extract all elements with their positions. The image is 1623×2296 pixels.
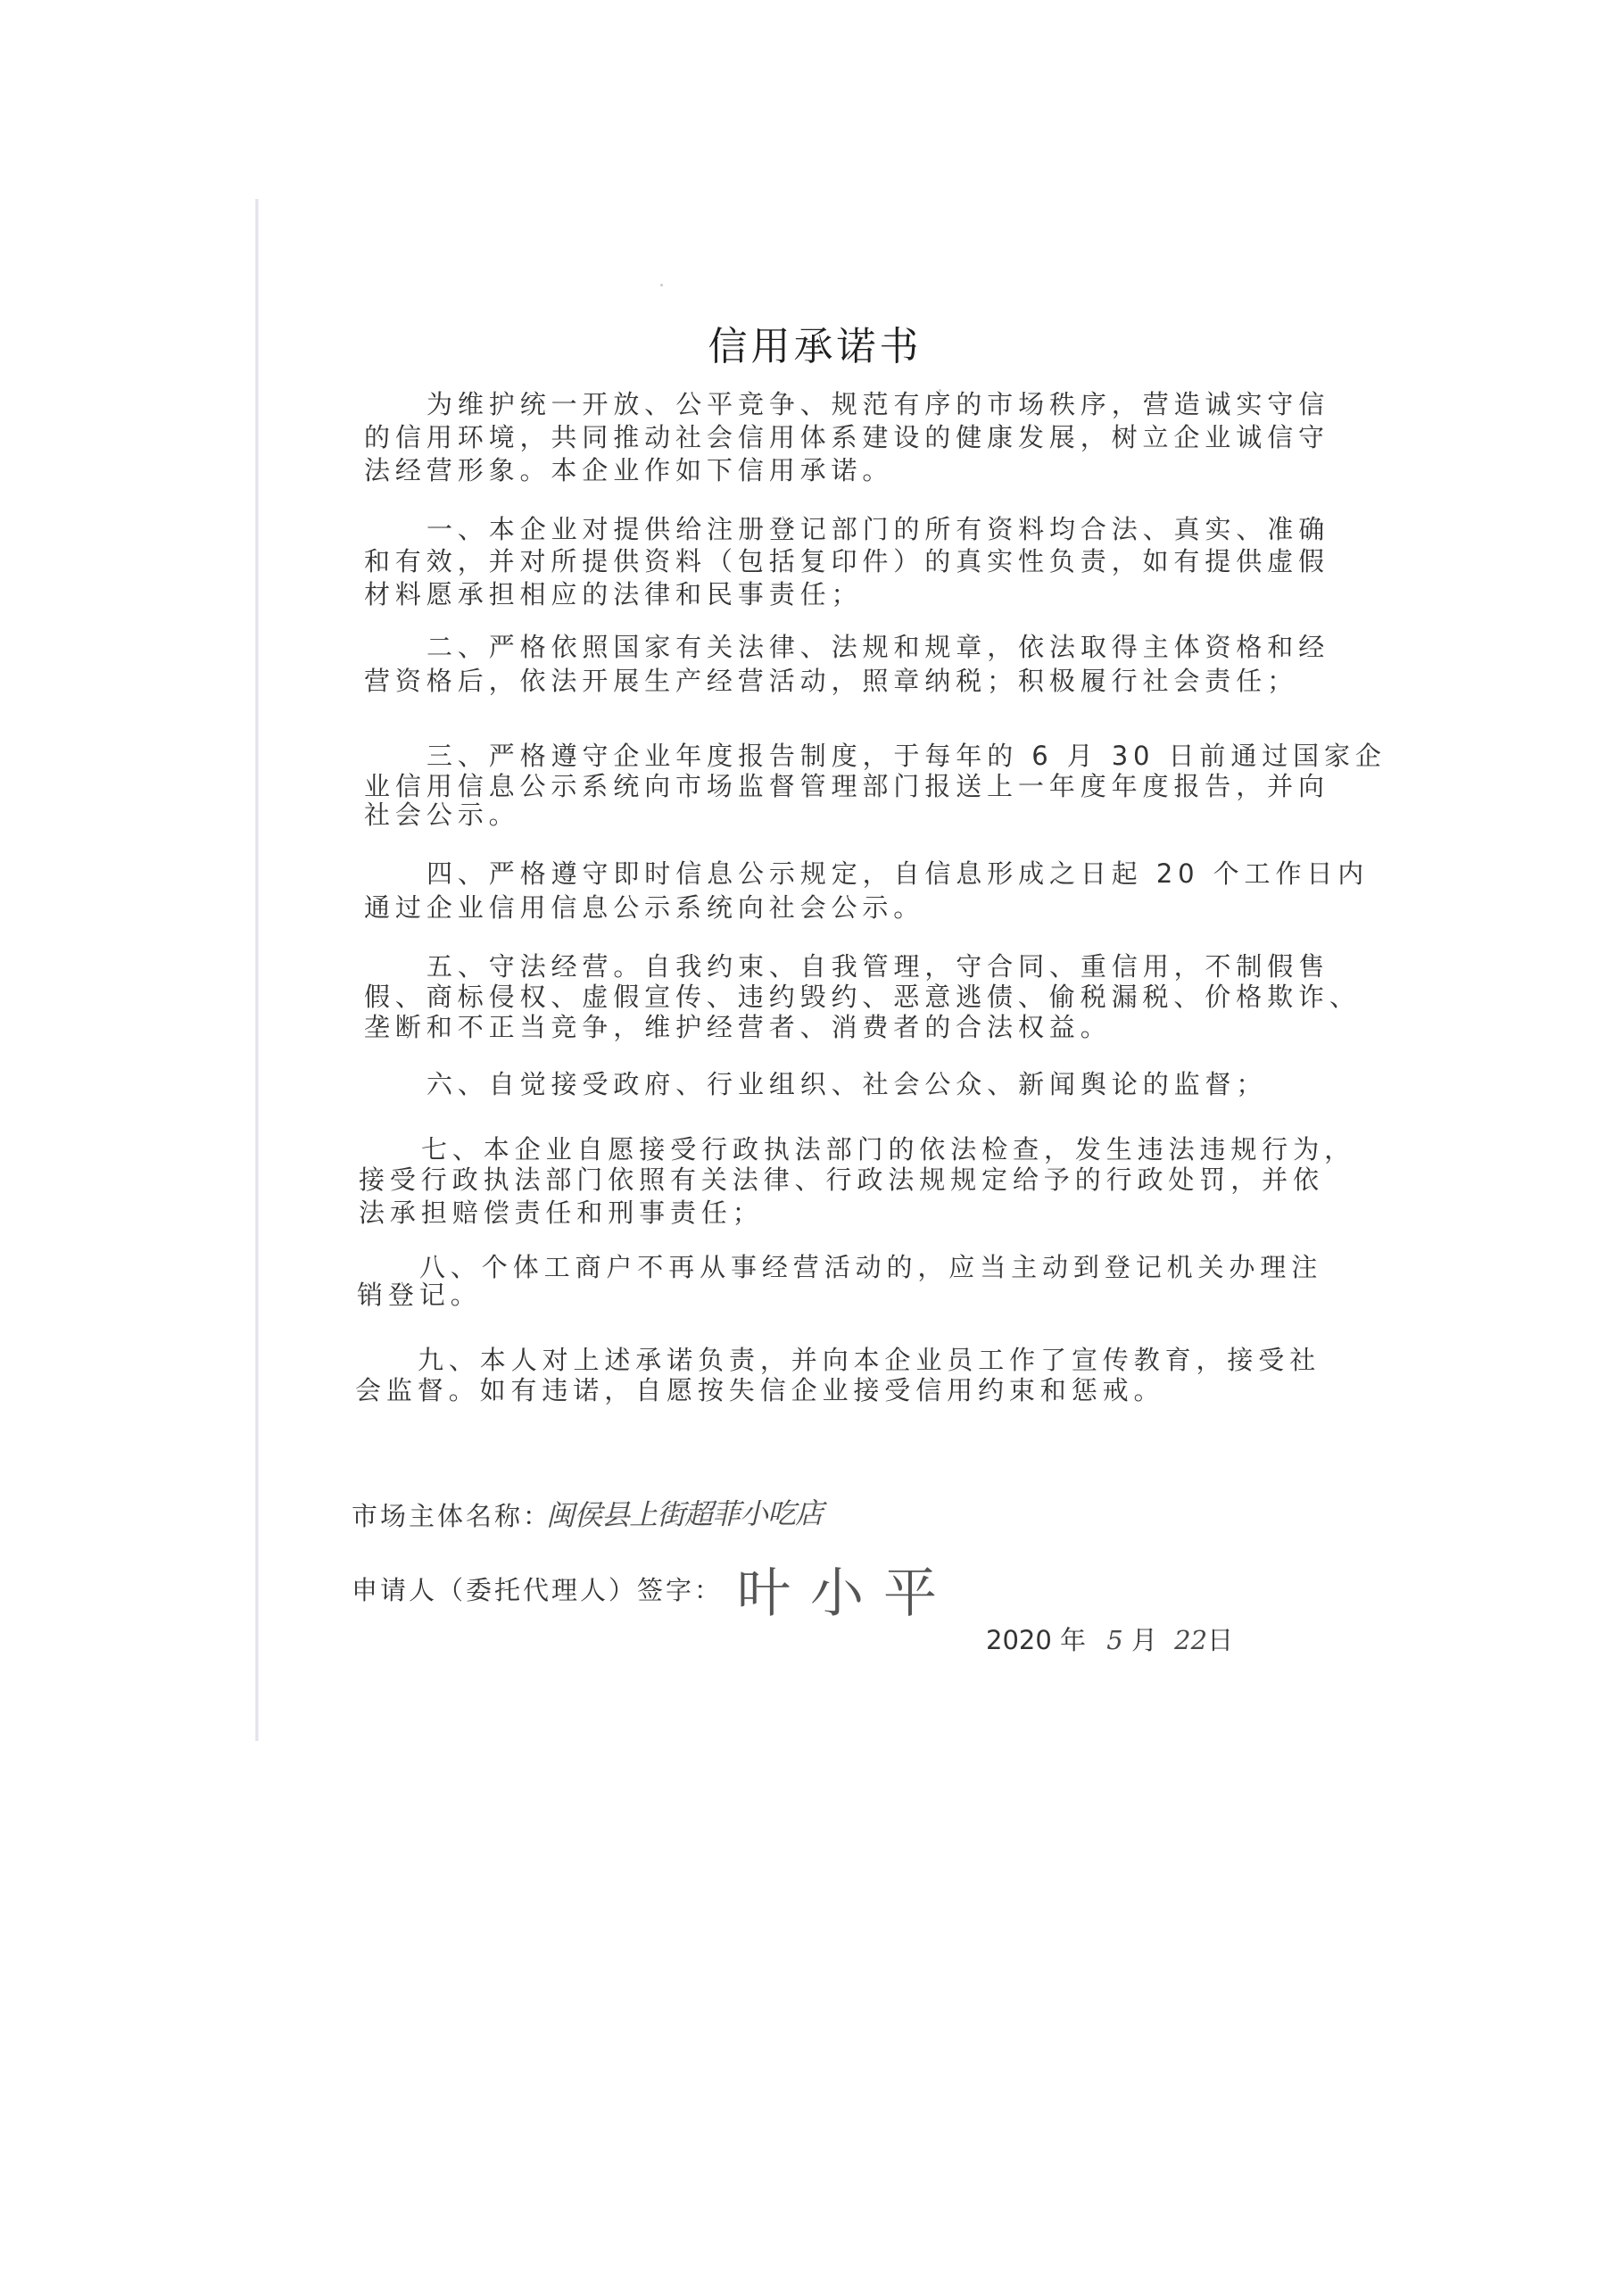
date-day-handwritten: 22 bbox=[1174, 1625, 1207, 1655]
paragraph-line: 的信用环境，共同推动社会信用体系建设的健康发展，树立企业诚信守 bbox=[364, 422, 1329, 452]
document-title-text: 信用承诺书 bbox=[708, 314, 923, 371]
paragraph-line: 垄断和不正当竞争，维护经营者、消费者的合法权益。 bbox=[364, 1012, 1112, 1042]
paragraph-line: 一、本企业对提供给注册登记部门的所有资料均合法、真实、准确 bbox=[426, 514, 1329, 544]
paragraph-line: 会监督。如有违诺，自愿按失信企业接受信用约束和惩戒。 bbox=[355, 1375, 1164, 1405]
paragraph-line: 营资格后，依法开展生产经营活动，照章纳税；积极履行社会责任； bbox=[364, 666, 1298, 696]
paragraph-line: 通过企业信用信息公示系统向社会公示。 bbox=[364, 892, 924, 923]
document-title: 信用承诺书 bbox=[0, 314, 1623, 371]
date-month-handwritten: 5 bbox=[1106, 1625, 1122, 1655]
paragraph-line: 二、严格依照国家有关法律、法规和规章，依法取得主体资格和经 bbox=[426, 632, 1329, 662]
paragraph-line: 社会公示。 bbox=[364, 800, 520, 830]
paragraph-line: 五、守法经营。自我约束、自我管理，守合同、重信用，不制假售 bbox=[426, 951, 1329, 982]
date-year: 2020 bbox=[986, 1625, 1052, 1655]
entity-name-label: 市场主体名称： bbox=[352, 1496, 551, 1533]
scan-speck bbox=[660, 284, 663, 286]
paragraph-line: 九、本人对上述承诺负责，并向本企业员工作了宣传教育，接受社 bbox=[418, 1345, 1321, 1375]
paragraph-line: 法经营形象。本企业作如下信用承诺。 bbox=[364, 455, 893, 485]
paragraph-line: 销登记。 bbox=[357, 1280, 482, 1310]
date-day-unit: 日 bbox=[1207, 1625, 1233, 1655]
paragraph-line: 假、商标侵权、虚假宣传、违约毁约、恶意逃债、偷税漏税、价格欺诈、 bbox=[364, 982, 1361, 1012]
paragraph-line: 材料愿承担相应的法律和民事责任； bbox=[364, 579, 862, 609]
scan-page-edge bbox=[255, 199, 259, 1741]
date-year-unit: 年 bbox=[1060, 1625, 1086, 1655]
paragraph-line: 七、本企业自愿接受行政执法部门的依法检查，发生违法违规行为， bbox=[421, 1134, 1355, 1165]
paragraph-line: 和有效，并对所提供资料（包括复印件）的真实性负责，如有提供虚假 bbox=[364, 546, 1329, 576]
paragraph-line: 业信用信息公示系统向市场监督管理部门报送上一年度年度报告，并向 bbox=[364, 771, 1329, 801]
paragraph-line: 为维护统一开放、公平竞争、规范有序的市场秩序，营造诚实守信 bbox=[426, 389, 1329, 419]
paragraph-line: 三、严格遵守企业年度报告制度，于每年的 6 月 30 日前通过国家企 bbox=[426, 741, 1387, 771]
signing-date: 2020 年 5 月 22日 bbox=[986, 1620, 1233, 1657]
paragraph-line: 接受行政执法部门依照有关法律、行政法规规定给予的行政处罚，并依 bbox=[359, 1165, 1324, 1195]
paragraph-line: 六、自觉接受政府、行业组织、社会公众、新闻舆论的监督； bbox=[426, 1069, 1267, 1099]
paragraph-line: 法承担赔偿责任和刑事责任； bbox=[359, 1198, 764, 1228]
applicant-signature-label: 申请人（委托代理人）签字： bbox=[352, 1571, 723, 1607]
date-month-unit: 月 bbox=[1131, 1625, 1157, 1655]
applicant-signature: 叶小平 bbox=[737, 1551, 956, 1628]
entity-name-handwritten: 闽侯县上街超菲小吃店 bbox=[546, 1491, 823, 1535]
paragraph-line: 四、严格遵守即时信息公示规定，自信息形成之日起 20 个工作日内 bbox=[426, 858, 1369, 889]
paragraph-line: 八、个体工商户不再从事经营活动的，应当主动到登记机关办理注 bbox=[419, 1252, 1322, 1282]
